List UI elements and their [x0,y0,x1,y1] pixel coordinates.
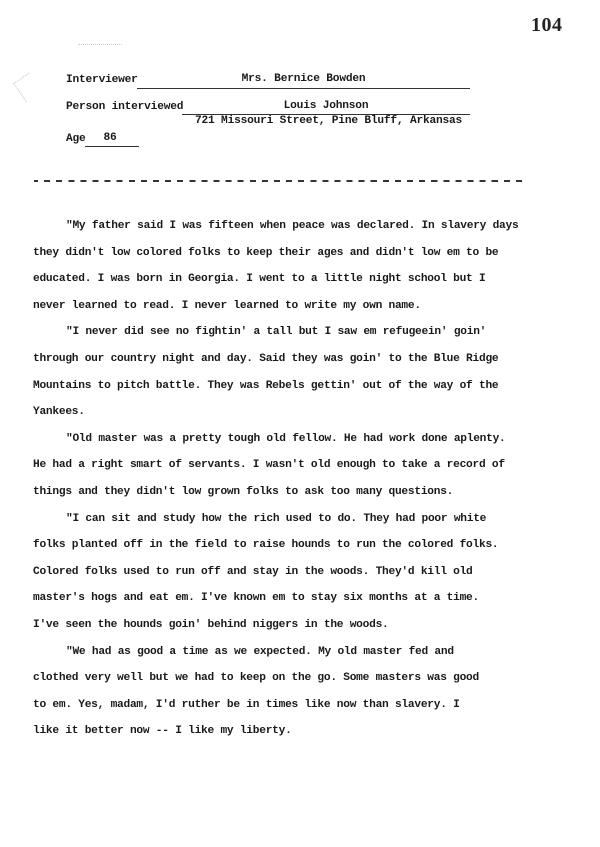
transcript-line: they didn't low colored folks to keep th… [33,244,553,271]
address-line: 721 Missouri Street, Pine Bluff, Arkansa… [195,115,462,127]
transcript-line: like it better now -- I like my liberty. [33,722,553,749]
margin-pencil-mark [13,73,42,103]
transcript-line: never learned to read. I never learned t… [33,297,553,324]
section-divider [34,180,524,182]
transcript-line: Colored folks used to run off and stay i… [33,563,553,590]
transcript-line: things and they didn't low grown folks t… [33,483,553,510]
age-label: Age [66,133,86,145]
transcript-line: "I never did see no fightin' a tall but … [33,323,553,350]
transcript-line: I've seen the hounds goin' behind nigger… [33,616,553,643]
transcript-line: through our country night and day. Said … [33,350,553,377]
transcript-line: educated. I was born in Georgia. I went … [33,270,553,297]
transcript-line: "We had as good a time as we expected. M… [33,643,553,670]
person-interviewed-value: Louis Johnson [182,100,470,112]
transcript-line: "I can sit and study how the rich used t… [33,510,553,537]
transcript-line: He had a right smart of servants. I wasn… [33,456,553,483]
archive-stamp-mark [78,34,122,45]
transcript-line: "Old master was a pretty tough old fello… [33,430,553,457]
transcript-line: clothed very well but we had to keep on … [33,669,553,696]
interview-transcript: "My father said I was fifteen when peace… [33,217,553,749]
transcript-line: Mountains to pitch battle. They was Rebe… [33,377,553,404]
age-underline [85,146,139,147]
age-value: 86 [85,132,135,144]
transcript-line: Yankees. [33,403,553,430]
interviewer-label: Interviewer [66,74,138,86]
interviewer-value: Mrs. Bernice Bowden [137,73,470,85]
transcript-line: master's hogs and eat em. I've known em … [33,589,553,616]
interviewer-underline [137,88,470,89]
page-number: 104 [531,14,563,37]
transcript-line: folks planted off in the field to raise … [33,536,553,563]
transcript-line: "My father said I was fifteen when peace… [33,217,553,244]
transcript-line: to em. Yes, madam, I'd ruther be in time… [33,696,553,723]
person-interviewed-label: Person interviewed [66,101,183,113]
